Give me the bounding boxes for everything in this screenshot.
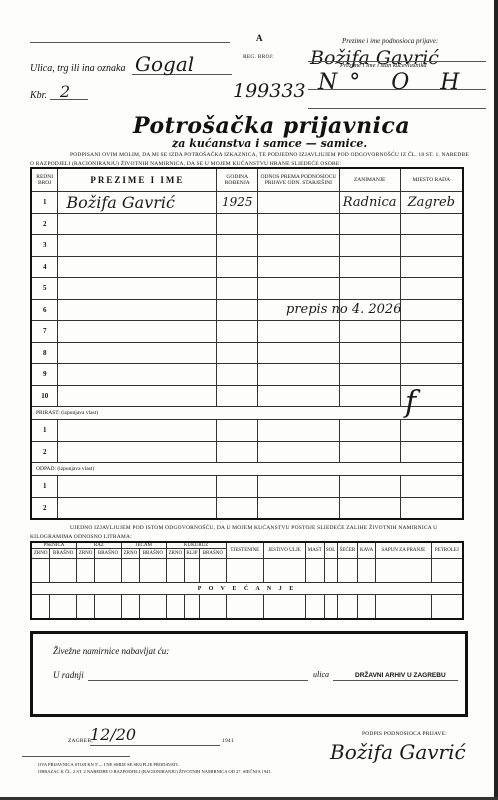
sub-header: ZRNO: [31, 549, 50, 559]
occupation-cell[interactable]: [339, 441, 400, 463]
occupation-cell[interactable]: [339, 321, 400, 343]
signature-value: Božifa Gavrić: [330, 740, 466, 764]
name-cell[interactable]: [58, 235, 217, 257]
workplace-cell[interactable]: [400, 235, 463, 257]
occupation-cell[interactable]: [339, 342, 400, 364]
inventory-cell[interactable]: [140, 595, 167, 620]
members-table: REDNI BROJ PREZIME I IME GODINA ROĐENJA …: [30, 167, 464, 520]
row-number: 3: [31, 235, 58, 257]
table-row: 2: [31, 441, 463, 463]
household-head-line: [308, 89, 486, 90]
row-number: 7: [31, 321, 58, 343]
workplace-cell[interactable]: [400, 476, 463, 498]
workplace-cell[interactable]: Zagreb: [400, 192, 463, 214]
blank-line-top: [30, 42, 230, 43]
row-number: 2: [31, 497, 58, 519]
inventory-cell[interactable]: [263, 595, 305, 620]
column-header: JESTIVO ULJE: [263, 542, 305, 559]
workplace-cell[interactable]: [400, 364, 463, 386]
section-header-row: ODPAD: (izpunjava vlast): [31, 463, 463, 476]
household-head-label: Prezime i ime i stan kućevlasnika: [340, 62, 427, 69]
year-cell[interactable]: [217, 441, 258, 463]
year-cell[interactable]: [217, 364, 258, 386]
year-cell[interactable]: [217, 497, 258, 519]
inventory-cell[interactable]: [140, 559, 167, 583]
year-cell[interactable]: [217, 278, 258, 300]
inventory-cell[interactable]: [121, 595, 139, 620]
name-cell[interactable]: [58, 385, 217, 407]
shop-label: U radnji: [53, 670, 84, 680]
inventory-cell[interactable]: [324, 559, 337, 583]
group-header-row: PŠENICA RAŽ JEČAM KUKURUZ TJESTENINE JES…: [31, 542, 463, 549]
year-cell[interactable]: [217, 420, 258, 442]
name-cell[interactable]: [58, 342, 217, 364]
table-row: 2: [31, 497, 463, 519]
row-number: 1: [31, 192, 58, 214]
name-cell[interactable]: [58, 364, 217, 386]
sub-header: BRAŠNO: [200, 549, 227, 559]
signature-label: PODPIS PODNOSIOCA PRIJAVE:: [362, 731, 447, 737]
inventory-cell[interactable]: [95, 559, 122, 583]
supply-street-line[interactable]: [333, 680, 458, 681]
table-row: 8: [31, 342, 463, 364]
row-number: 2: [31, 213, 58, 235]
form-letter: A: [256, 33, 263, 43]
workplace-cell[interactable]: [400, 299, 463, 321]
relation-cell[interactable]: [258, 441, 339, 463]
occupation-cell[interactable]: [339, 476, 400, 498]
relation-cell[interactable]: [258, 192, 339, 214]
table-row: 1 Božifa Gavrić 1925 Radnica Zagreb: [31, 192, 463, 214]
supply-box: Živežne namirnice nabavljat ću: U radnji…: [30, 631, 468, 717]
row-number: 8: [31, 342, 58, 364]
column-header: PETROLEJ: [431, 542, 463, 559]
inventory-values-row: [31, 559, 463, 583]
street-label-supply: ulica: [313, 670, 329, 679]
inventory-intro: UJEDNO IZJAVLJUJEM POD ISTOM ODGOVORNOŠĆ…: [30, 524, 470, 542]
year-cell[interactable]: [217, 299, 258, 321]
inventory-cell[interactable]: [50, 595, 77, 620]
occupation-cell[interactable]: [339, 364, 400, 386]
section-header-row: PRIRAST: (izpunjava vlast): [31, 407, 463, 420]
house-no-value: 2: [60, 82, 70, 101]
applicant-label: Prezime i ime podnosioca prijave:: [342, 37, 438, 45]
reg-broj-label: REG. BROJ:: [243, 54, 274, 60]
table-row: 7: [31, 321, 463, 343]
column-header: ODNOS PREMA PODNOSIOCU PRIJAVE ODN. STAR…: [258, 168, 339, 192]
occupation-cell[interactable]: [339, 497, 400, 519]
inventory-cell[interactable]: [166, 595, 184, 620]
sub-header: BRAŠNO: [140, 549, 167, 559]
document-page: A REG. BROJ: 199333 Ulica, trg ili ina o…: [0, 0, 498, 800]
workplace-cell[interactable]: [400, 256, 463, 278]
table-row: 10: [31, 385, 463, 407]
year-cell[interactable]: [217, 385, 258, 407]
table-row: 5: [31, 278, 463, 300]
relation-cell[interactable]: [258, 476, 339, 498]
section-header-row: P O V E Ć A N J E: [31, 583, 463, 595]
inventory-cell[interactable]: [431, 559, 463, 583]
inventory-cell[interactable]: [31, 595, 50, 620]
inventory-cell[interactable]: [121, 559, 139, 583]
column-header: GODINA ROĐENJA: [217, 168, 258, 192]
name-cell[interactable]: [58, 476, 217, 498]
inventory-cell[interactable]: [375, 559, 431, 583]
relation-cell[interactable]: [258, 420, 339, 442]
table-row: 1: [31, 476, 463, 498]
name-cell[interactable]: [58, 256, 217, 278]
date-line: [90, 745, 220, 746]
column-header: TJESTENINE: [226, 542, 263, 559]
name-cell[interactable]: [58, 441, 217, 463]
workplace-cell[interactable]: [400, 213, 463, 235]
year-cell[interactable]: 1925: [217, 192, 258, 214]
column-header: REDNI BROJ: [31, 168, 58, 192]
inventory-table: PŠENICA RAŽ JEČAM KUKURUZ TJESTENINE JES…: [30, 541, 464, 620]
household-head-value: N° O H: [318, 70, 471, 95]
inventory-cell[interactable]: [76, 595, 94, 620]
street-value: Gogal: [135, 52, 194, 76]
relation-cell[interactable]: [258, 256, 339, 278]
inventory-cell[interactable]: [31, 559, 50, 583]
relation-cell[interactable]: [258, 278, 339, 300]
occupation-cell[interactable]: [339, 278, 400, 300]
name-cell[interactable]: [58, 497, 217, 519]
inventory-cell[interactable]: [358, 595, 376, 620]
relation-cell[interactable]: [258, 364, 339, 386]
workplace-cell[interactable]: [400, 278, 463, 300]
row-number: 1: [31, 420, 58, 442]
inventory-cell[interactable]: [50, 559, 77, 583]
relation-cell[interactable]: [258, 342, 339, 364]
column-header: MAST: [305, 542, 324, 559]
workplace-cell[interactable]: [400, 420, 463, 442]
form-subtitle: za kućanstva i samce — samice.: [172, 137, 367, 150]
street-label: Ulica, trg ili ina oznaka: [30, 63, 125, 74]
row-number: 6: [31, 299, 58, 321]
inventory-cell[interactable]: [226, 559, 263, 583]
house-no-label: Kbr.: [30, 90, 47, 101]
inventory-cell[interactable]: [166, 559, 184, 583]
date-value: 12/20: [90, 725, 136, 744]
column-header: ŠEĆER: [337, 542, 358, 559]
scan-edge-right: [494, 0, 498, 800]
year-cell[interactable]: [217, 213, 258, 235]
inventory-cell[interactable]: [337, 595, 358, 620]
inventory-cell[interactable]: [184, 595, 199, 620]
row-number: 1: [31, 476, 58, 498]
inventory-increase-row: [31, 595, 463, 620]
sub-header: ZRNO: [166, 549, 184, 559]
inventory-cell[interactable]: [375, 595, 431, 620]
workplace-cell[interactable]: [400, 342, 463, 364]
reg-broj-value: 199333: [233, 80, 306, 102]
column-header: SOL: [324, 542, 337, 559]
relation-cell[interactable]: [258, 385, 339, 407]
inventory-cell[interactable]: [263, 559, 305, 583]
table-row: 9: [31, 364, 463, 386]
table-row: 4: [31, 256, 463, 278]
decrease-section-label: ODPAD: (izpunjava vlast): [31, 463, 463, 476]
inventory-cell[interactable]: [305, 595, 324, 620]
inventory-cell[interactable]: [431, 595, 463, 620]
table-row: 2: [31, 213, 463, 235]
name-cell[interactable]: Božifa Gavrić: [58, 192, 217, 214]
sub-header: ZRNO: [76, 549, 94, 559]
footnote-price: OVA PRIJAVNICA STOJI KN 5'— I NE SMIJE S…: [38, 762, 179, 767]
column-header: MJESTO RADA: [400, 168, 463, 192]
occupation-cell[interactable]: [339, 256, 400, 278]
footnote-regulation: OBRAZAC K ČL. 2 ST. 2 NAREDBE O RAZPODJE…: [38, 769, 272, 774]
name-cell[interactable]: [58, 299, 217, 321]
occupation-cell[interactable]: [339, 420, 400, 442]
table-header-row: REDNI BROJ PREZIME I IME GODINA ROĐENJA …: [31, 168, 463, 192]
sub-header: KLIP: [184, 549, 199, 559]
sub-header: ZRNO: [121, 549, 139, 559]
inventory-cell[interactable]: [95, 595, 122, 620]
relation-cell[interactable]: [258, 321, 339, 343]
row-number: 10: [31, 385, 58, 407]
column-header: PREZIME I IME: [58, 168, 217, 192]
increase-label: P O V E Ć A N J E: [31, 583, 463, 595]
workplace-cell[interactable]: [400, 497, 463, 519]
sub-header: BRAŠNO: [95, 549, 122, 559]
year-cell[interactable]: [217, 256, 258, 278]
increase-section-label: PRIRAST: (izpunjava vlast): [31, 407, 463, 420]
row-number: 5: [31, 278, 58, 300]
column-header: SAPUN ZA PRANJE: [375, 542, 431, 559]
handwritten-annotation: prepis no 4. 2026: [286, 302, 401, 317]
name-cell[interactable]: [58, 321, 217, 343]
handwritten-mark: f: [405, 385, 416, 420]
name-cell[interactable]: [58, 213, 217, 235]
workplace-cell[interactable]: [400, 321, 463, 343]
row-number: 9: [31, 364, 58, 386]
archive-stamp: DRŽAVNI ARHIV U ZAGREBU: [355, 672, 446, 679]
year-cell[interactable]: [217, 476, 258, 498]
inventory-cell[interactable]: [324, 595, 337, 620]
occupation-cell[interactable]: [339, 213, 400, 235]
year-value: 1941: [222, 738, 234, 744]
relation-cell[interactable]: [258, 497, 339, 519]
year-cell[interactable]: [217, 235, 258, 257]
row-number: 4: [31, 256, 58, 278]
column-header: ZANIMANJE: [339, 168, 400, 192]
inventory-cell[interactable]: [184, 559, 199, 583]
table-row: 1: [31, 420, 463, 442]
occupation-cell[interactable]: Radnica: [339, 192, 400, 214]
row-number: 2: [31, 441, 58, 463]
column-header: KAVA: [358, 542, 376, 559]
inventory-cell[interactable]: [200, 559, 227, 583]
inventory-cell[interactable]: [337, 559, 358, 583]
inventory-cell[interactable]: [76, 559, 94, 583]
form-title: Potrošačka prijavnica: [133, 113, 410, 139]
inventory-cell[interactable]: [305, 559, 324, 583]
shop-line[interactable]: [88, 680, 308, 681]
relation-cell[interactable]: [258, 235, 339, 257]
sub-header: BRAŠNO: [50, 549, 77, 559]
occupation-cell[interactable]: [339, 235, 400, 257]
occupation-cell[interactable]: [339, 385, 400, 407]
name-cell[interactable]: [58, 278, 217, 300]
supply-heading: Živežne namirnice nabavljat ću:: [53, 646, 169, 656]
name-cell[interactable]: [58, 420, 217, 442]
footnote-rule: [22, 756, 130, 757]
workplace-cell[interactable]: [400, 441, 463, 463]
inventory-cell[interactable]: [200, 595, 227, 620]
household-head-line-2: [308, 108, 486, 109]
inventory-cell[interactable]: [226, 595, 263, 620]
year-cell[interactable]: [217, 321, 258, 343]
table-row: 3: [31, 235, 463, 257]
year-cell[interactable]: [217, 342, 258, 364]
relation-cell[interactable]: [258, 213, 339, 235]
inventory-cell[interactable]: [358, 559, 376, 583]
